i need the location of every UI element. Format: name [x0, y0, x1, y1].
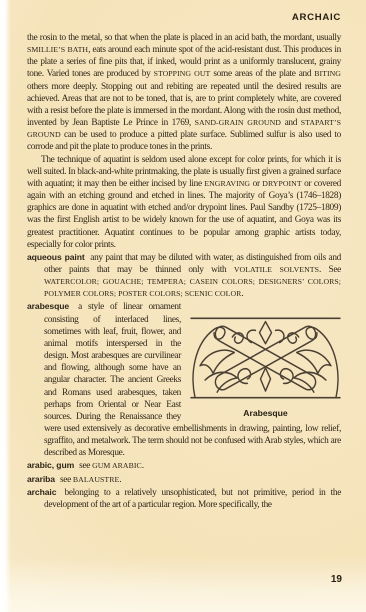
cross-reference: WATERCOLOR; GOUACHE; TEMPERA; CASEIN COL… — [44, 277, 341, 298]
text-run: belonging to a relatively unsophisticate… — [44, 488, 341, 510]
text-column: the rosin to the metal, so that when the… — [27, 32, 341, 511]
text-run: see — [77, 461, 92, 471]
text-run: the rosin to the metal, so that when the… — [27, 33, 341, 43]
text-section-upper: the rosin to the metal, so that when the… — [27, 32, 341, 300]
entry-term: archaic — [27, 487, 56, 497]
entry-term: arariba — [27, 474, 55, 484]
entry-term: arabesque — [27, 301, 69, 311]
text-run: . — [142, 461, 144, 471]
cross-reference: GUM ARABIC — [92, 461, 142, 470]
arabesque-ornament-drawing — [190, 315, 341, 401]
book-page: ARCHAIC the rosin to the metal, so that … — [0, 0, 366, 612]
page-number: 19 — [331, 574, 342, 585]
entry-aqueous-paint: aqueous paint any paint that may be dilu… — [27, 251, 341, 301]
cross-reference: ENGRAVING — [204, 179, 250, 188]
entry-term: arabic, gum — [27, 460, 74, 470]
text-run: and — [281, 118, 301, 128]
figure-caption: Arabesque — [190, 408, 341, 418]
cross-reference: BALAUSTRE — [73, 475, 119, 484]
entry-arariba: arariba see BALAUSTRE. — [27, 473, 341, 486]
text-run: . — [241, 289, 243, 299]
cross-reference: SMILLIE’S BATH — [27, 45, 88, 54]
text-run: or covered again with an etching ground … — [27, 179, 341, 250]
text-run: . — [119, 475, 121, 485]
entry-term: aqueous paint — [27, 252, 85, 262]
text-run: see — [58, 475, 73, 485]
text-run: or — [250, 179, 262, 189]
paragraph-aquatint-continued: the rosin to the metal, so that when the… — [27, 32, 341, 154]
entry-arabic-gum: arabic, gum see GUM ARABIC. — [27, 459, 341, 472]
cross-reference: VOLATILE SOLVENTS — [234, 265, 319, 274]
text-run: can be used to produce a pitted plate su… — [27, 130, 341, 152]
text-run: . See — [319, 265, 341, 275]
text-section-lower: Arabesque arabesque a style of linear or… — [27, 300, 341, 511]
cross-reference: SAND-GRAIN GROUND — [195, 118, 281, 127]
paragraph-aquatint-technique: The technique of aquatint is seldom used… — [27, 154, 341, 251]
cross-reference: STOPPING OUT — [154, 69, 211, 78]
entry-archaic: archaic belonging to a relatively unsoph… — [27, 486, 341, 511]
arabesque-figure: Arabesque — [190, 315, 341, 418]
cross-reference: DRYPOINT — [262, 179, 301, 188]
running-head: ARCHAIC — [27, 12, 341, 23]
cross-reference: BITING — [314, 69, 341, 78]
text-run: some areas of the plate and — [210, 69, 314, 79]
